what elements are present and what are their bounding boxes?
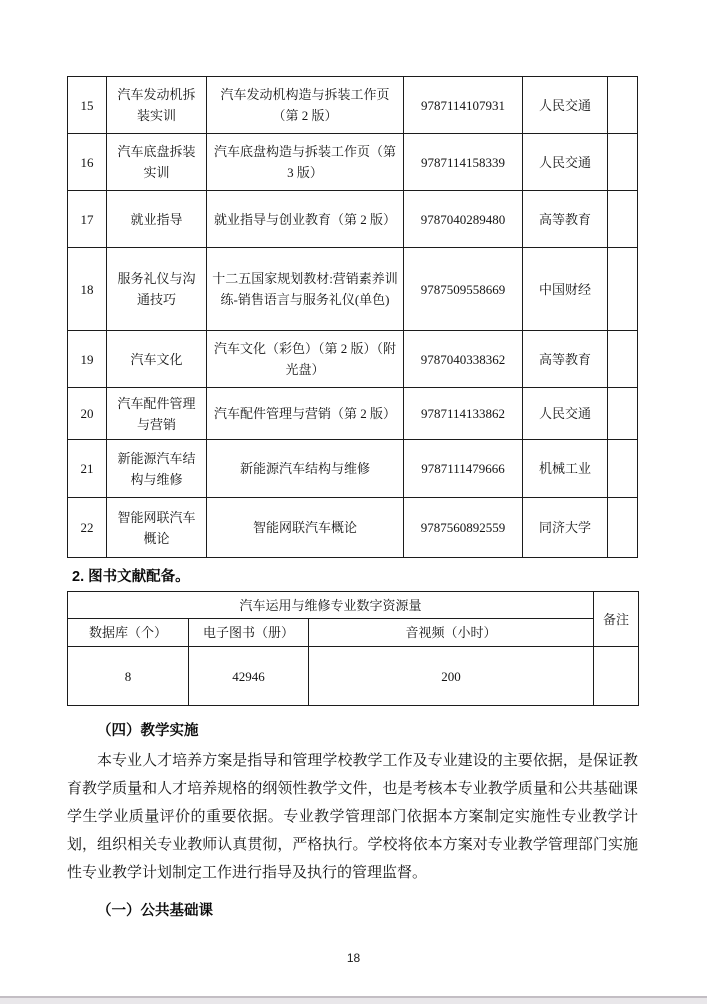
cell-publisher: 机械工业 [523,440,608,498]
table-row: 17 就业指导 就业指导与创业教育（第 2 版） 9787040289480 高… [68,191,638,248]
cell-publisher: 高等教育 [523,191,608,248]
document-page: 15 汽车发动机拆装实训 汽车发动机构造与拆装工作页（第 2 版） 978711… [0,0,707,1004]
cell-textbook: 十二五国家规划教材:营销素养训练-销售语言与服务礼仪(单色) [207,248,404,331]
cell-course: 服务礼仪与沟通技巧 [107,248,207,331]
page-edge-divider [0,996,707,1004]
table-row: 19 汽车文化 汽车文化（彩色）（第 2 版）（附光盘） 97870403383… [68,331,638,388]
cell-textbook: 汽车配件管理与营销（第 2 版） [207,388,404,440]
cell-course: 汽车文化 [107,331,207,388]
page-content: 15 汽车发动机拆装实训 汽车发动机构造与拆装工作页（第 2 版） 978711… [67,76,638,920]
cell-remark [608,498,638,558]
table-row: 18 服务礼仪与沟通技巧 十二五国家规划教材:营销素养训练-销售语言与服务礼仪(… [68,248,638,331]
cell-isbn: 9787114158339 [404,134,523,191]
cell-publisher: 中国财经 [523,248,608,331]
cell-textbook: 汽车文化（彩色）（第 2 版）（附光盘） [207,331,404,388]
cell-textbook: 汽车发动机构造与拆装工作页（第 2 版） [207,77,404,134]
resource-data-row: 8 42946 200 [68,647,639,706]
cell-textbook: 智能网联汽车概论 [207,498,404,558]
col-header-audio-video: 音视频（小时） [309,619,594,647]
teaching-implementation-heading: （四）教学实施 [97,719,638,740]
cell-course: 智能网联汽车概论 [107,498,207,558]
book-provision-heading: 2. 图书文献配备。 [72,565,638,586]
col-header-ebook: 电子图书（册） [189,619,309,647]
cell-no: 16 [68,134,107,191]
cell-publisher: 人民交通 [523,388,608,440]
value-ebook: 42946 [189,647,309,706]
cell-no: 20 [68,388,107,440]
cell-remark [608,134,638,191]
value-audio-video: 200 [309,647,594,706]
cell-remark [608,331,638,388]
cell-no: 15 [68,77,107,134]
cell-isbn: 9787560892559 [404,498,523,558]
value-remark [594,647,639,706]
cell-isbn: 9787040338362 [404,331,523,388]
cell-course: 汽车配件管理与营销 [107,388,207,440]
cell-isbn: 9787509558669 [404,248,523,331]
cell-course: 就业指导 [107,191,207,248]
cell-textbook: 新能源汽车结构与维修 [207,440,404,498]
cell-publisher: 高等教育 [523,331,608,388]
cell-course: 汽车底盘拆装实训 [107,134,207,191]
value-database: 8 [68,647,189,706]
resource-table-title: 汽车运用与维修专业数字资源量 [68,592,594,619]
teaching-implementation-paragraph: 本专业人才培养方案是指导和管理学校教学工作及专业建设的主要依据，是保证教育教学质… [67,747,638,887]
cell-course: 汽车发动机拆装实训 [107,77,207,134]
cell-remark [608,77,638,134]
cell-isbn: 9787111479666 [404,440,523,498]
resource-title-row: 汽车运用与维修专业数字资源量 备注 [68,592,639,619]
digital-resource-table: 汽车运用与维修专业数字资源量 备注 数据库（个） 电子图书（册） 音视频（小时）… [67,591,639,706]
cell-textbook: 就业指导与创业教育（第 2 版） [207,191,404,248]
cell-no: 21 [68,440,107,498]
cell-remark [608,248,638,331]
table-row: 16 汽车底盘拆装实训 汽车底盘构造与拆装工作页（第 3 版） 97871141… [68,134,638,191]
resource-header-row: 数据库（个） 电子图书（册） 音视频（小时） [68,619,639,647]
col-header-database: 数据库（个） [68,619,189,647]
cell-no: 18 [68,248,107,331]
textbook-table: 15 汽车发动机拆装实训 汽车发动机构造与拆装工作页（第 2 版） 978711… [67,76,638,558]
cell-isbn: 9787040289480 [404,191,523,248]
table-row: 15 汽车发动机拆装实训 汽车发动机构造与拆装工作页（第 2 版） 978711… [68,77,638,134]
cell-publisher: 同济大学 [523,498,608,558]
cell-remark [608,388,638,440]
remark-header: 备注 [594,592,639,647]
cell-course: 新能源汽车结构与维修 [107,440,207,498]
cell-no: 19 [68,331,107,388]
public-basic-course-heading: （一）公共基础课 [97,899,638,920]
table-row: 20 汽车配件管理与营销 汽车配件管理与营销（第 2 版） 9787114133… [68,388,638,440]
table-row: 21 新能源汽车结构与维修 新能源汽车结构与维修 9787111479666 机… [68,440,638,498]
cell-remark [608,191,638,248]
cell-no: 22 [68,498,107,558]
cell-isbn: 9787114133862 [404,388,523,440]
table-row: 22 智能网联汽车概论 智能网联汽车概论 9787560892559 同济大学 [68,498,638,558]
cell-publisher: 人民交通 [523,77,608,134]
cell-publisher: 人民交通 [523,134,608,191]
cell-textbook: 汽车底盘构造与拆装工作页（第 3 版） [207,134,404,191]
cell-no: 17 [68,191,107,248]
cell-isbn: 9787114107931 [404,77,523,134]
cell-remark [608,440,638,498]
page-number: 18 [0,951,707,965]
